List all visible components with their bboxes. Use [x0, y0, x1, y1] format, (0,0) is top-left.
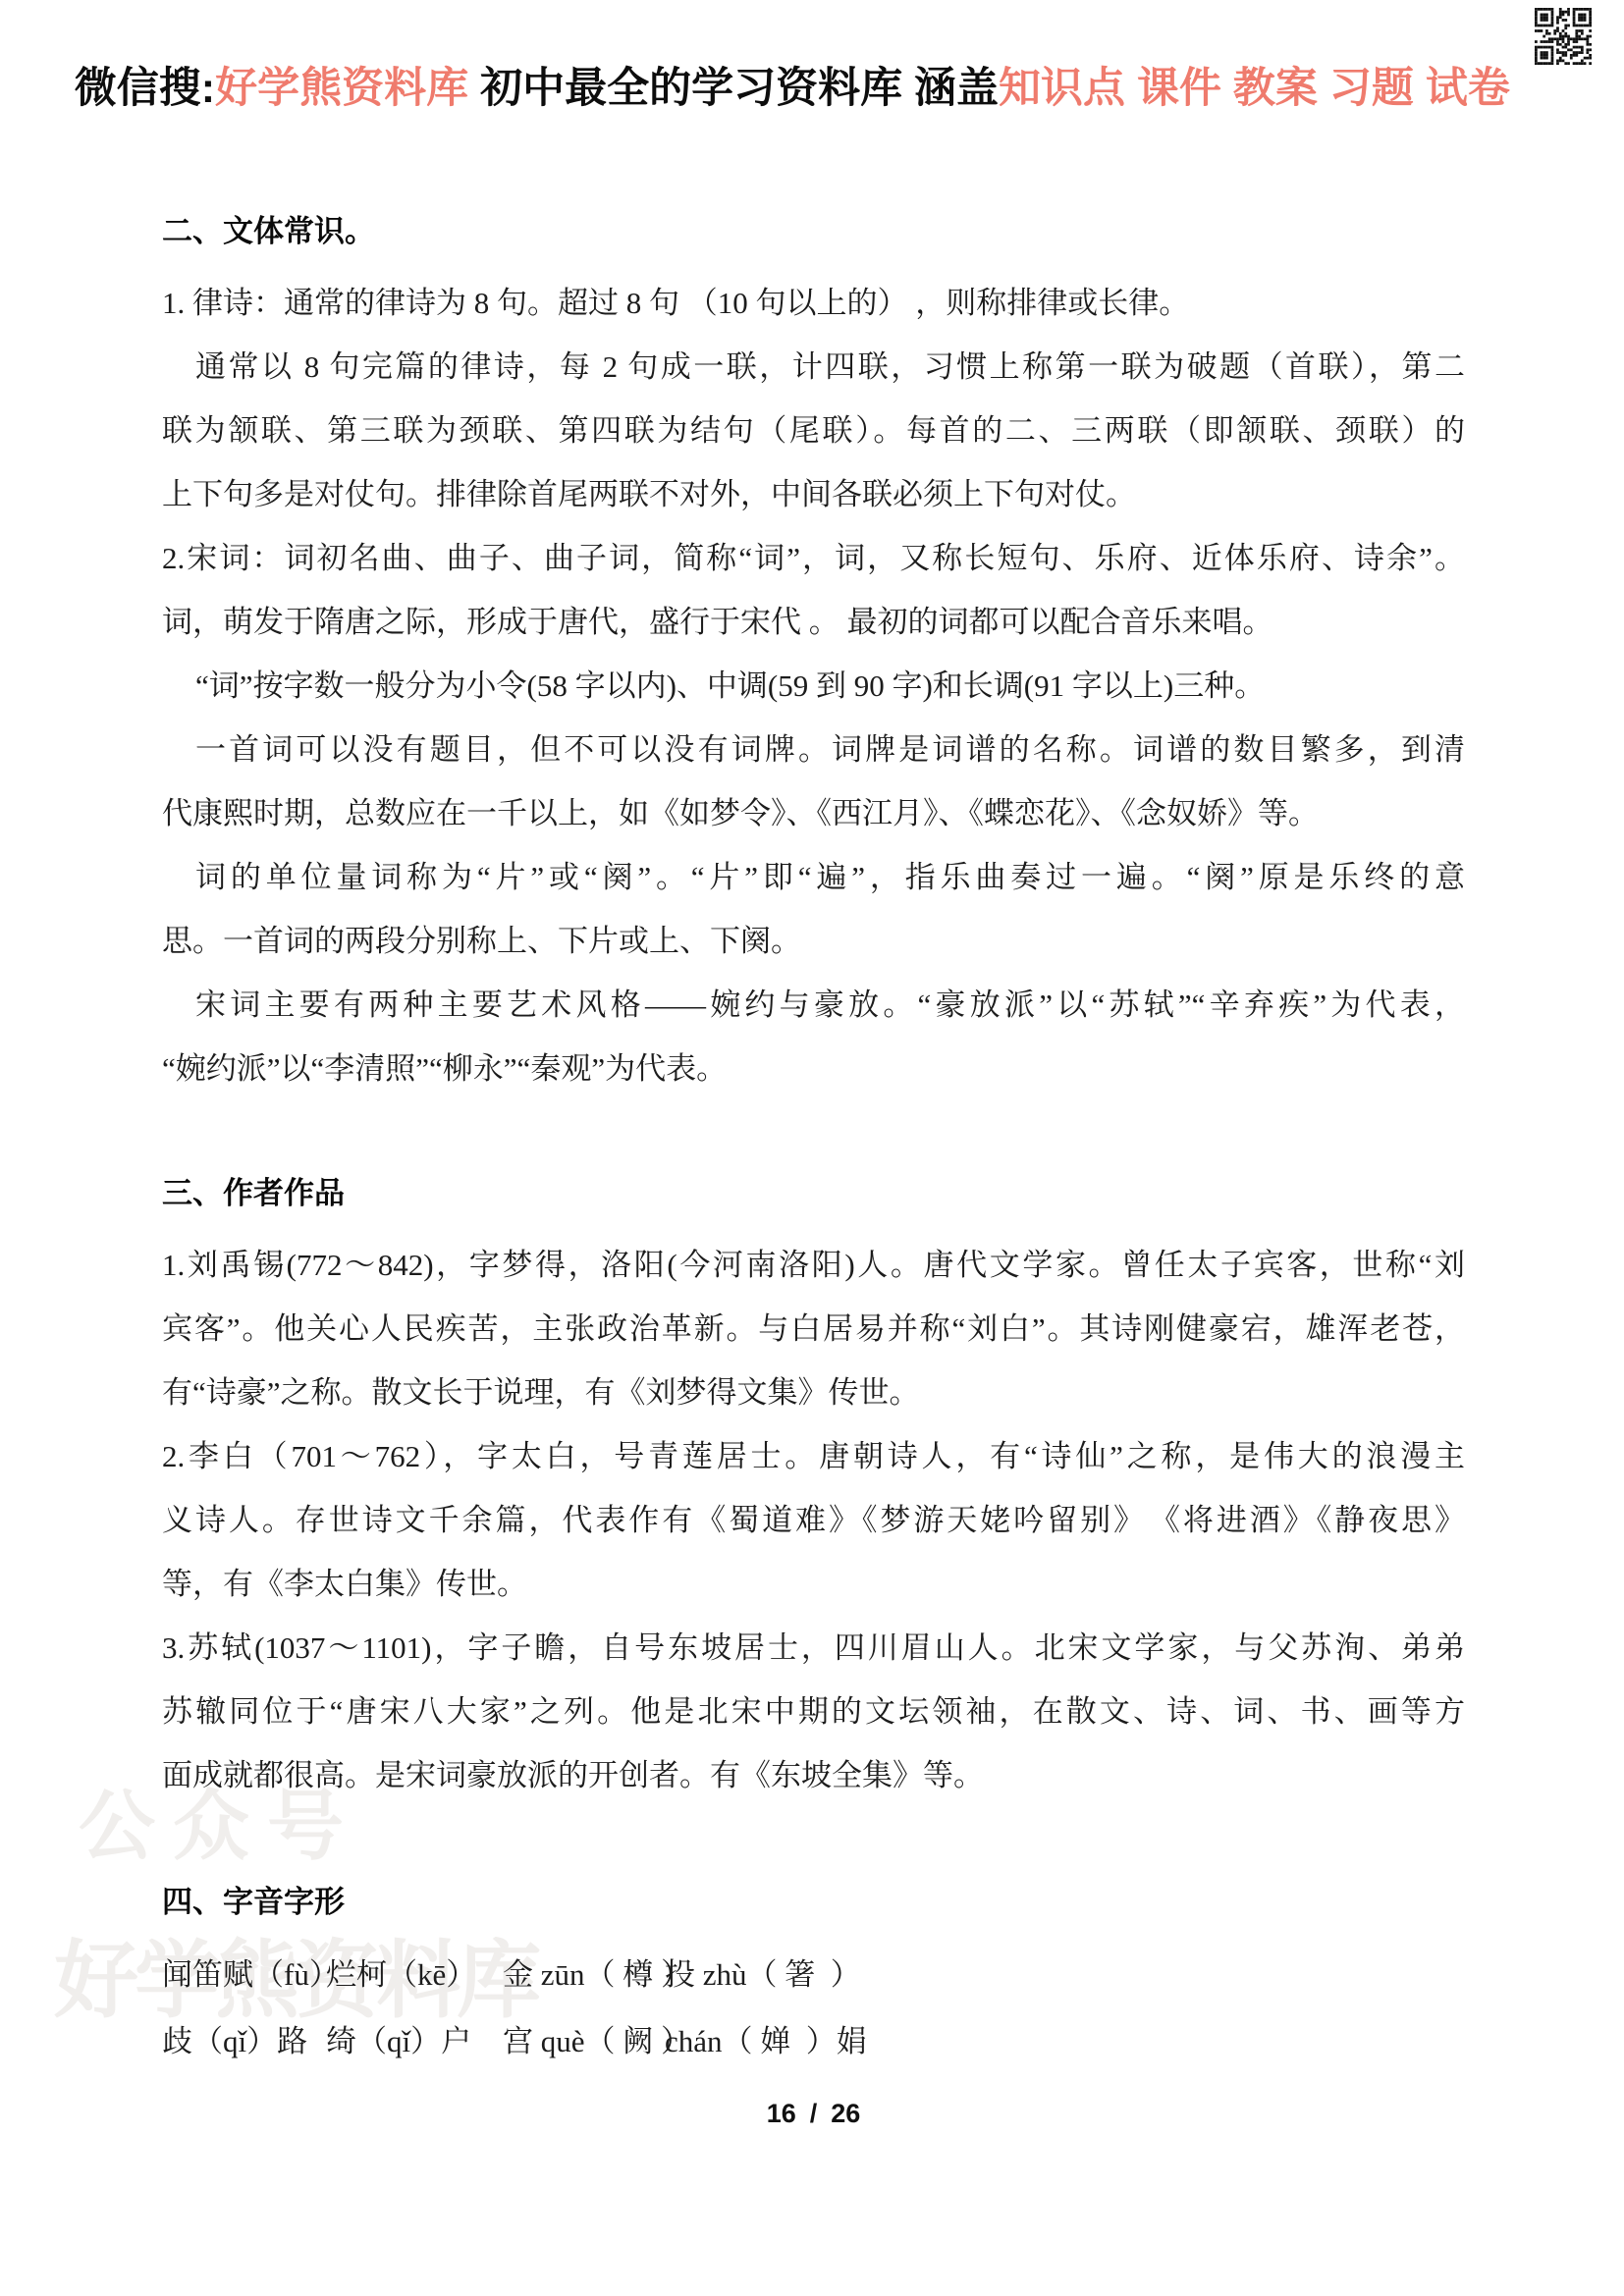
page-separator: / — [810, 2099, 818, 2128]
text-line: 上下句多是对仗句。排律除首尾两联不对外，中间各联必须上下句对仗。 — [162, 462, 1465, 526]
document-page: 微信搜:好学熊资料库 初中最全的学习资料库 涵盖知识点 课件 教案 习题 试卷 … — [0, 0, 1624, 2296]
pronunciation-item: chán（ 婵 ）娟 — [665, 2008, 1465, 2075]
pronunciation-item: 歧（qǐ）路 — [162, 2008, 326, 2075]
text-line: 苏辙同位于“唐宋八大家”之列。他是北宋中期的文坛领袖，在散文、诗、词、书、画等方 — [162, 1680, 1465, 1743]
pronunciation-item: 烂柯（kē） — [326, 1942, 503, 2008]
text-line: 词，萌发于隋唐之际，形成于唐代，盛行于宋代 。 最初的词都可以配合音乐来唱。 — [162, 590, 1465, 654]
text-line: 1. 律诗：通常的律诗为 8 句。超过 8 句 （10 句以上的） ，则称排律或… — [162, 271, 1465, 335]
pronunciation-row: 闻笛赋（fù）烂柯（kē）金 zūn（ 樽 ）投 zhù（ 箸 ） — [162, 1942, 1465, 2008]
text-line: 代康熙时期，总数应在一千以上，如《如梦令》、《西江月》、《蝶恋花》、《念奴娇》等… — [162, 781, 1465, 845]
section-pronunciation: 四、字音字形闻笛赋（fù）烂柯（kē）金 zūn（ 樽 ）投 zhù（ 箸 ）歧… — [162, 1870, 1465, 2075]
text-line: 3.苏轼(1037～1101)，字子瞻，自号东坡居士，四川眉山人。北宋文学家，与… — [162, 1616, 1465, 1680]
page-total: 26 — [831, 2099, 860, 2128]
banner-brand: 好学熊资料库 — [215, 65, 468, 112]
text-line: 2.宋词：词初名曲、曲子、曲子词，简称“词”，词，又称长短句、乐府、近体乐府、诗… — [162, 526, 1465, 590]
text-line: “婉约派”以“李清照”“柳永”“秦观”为代表。 — [162, 1037, 1465, 1100]
text-line: 有“诗豪”之称。散文长于说理，有《刘梦得文集》传世。 — [162, 1361, 1465, 1424]
text-line: 面成就都很高。是宋词豪放派的开创者。有《东坡全集》等。 — [162, 1743, 1465, 1807]
text-line: 联为颔联、第三联为颈联、第四联为结句（尾联）。每首的二、三两联（即颔联、颈联）的 — [162, 399, 1465, 462]
section-literary-knowledge: 二、文体常识。1. 律诗：通常的律诗为 8 句。超过 8 句 （10 句以上的）… — [162, 199, 1465, 1100]
text-line: 义诗人。存世诗文千余篇，代表作有《蜀道难》《梦游天姥吟留别》 《将进酒》《静夜思… — [162, 1488, 1465, 1552]
pronunciation-item: 金 zūn（ 樽 ） — [503, 1942, 665, 2008]
banner-prefix: 微信搜: — [75, 65, 215, 112]
promo-banner: 微信搜:好学熊资料库 初中最全的学习资料库 涵盖知识点 课件 教案 习题 试卷 — [27, 6, 1510, 171]
text-line: 2.李白（701～762），字太白，号青莲居士。唐朝诗人，有“诗仙”之称，是伟大… — [162, 1424, 1465, 1488]
banner-middle: 初中最全的学习资料库 涵盖 — [468, 65, 999, 112]
section-heading: 二、文体常识。 — [162, 199, 1465, 263]
text-line: 宋词主要有两种主要艺术风格——婉约与豪放。“豪放派”以“苏轼”“辛弃疾”为代表， — [162, 973, 1465, 1037]
pronunciation-row: 歧（qǐ）路绮（qǐ）户宫 què（ 阙 ）chán（ 婵 ）娟 — [162, 2008, 1465, 2075]
text-line: 思。一首词的两段分别称上、下片或上、下阕。 — [162, 909, 1465, 973]
text-line: 一首词可以没有题目，但不可以没有词牌。词牌是词谱的名称。词谱的数目繁多，到清 — [162, 718, 1465, 781]
pronunciation-item: 投 zhù（ 箸 ） — [665, 1942, 1465, 2008]
page-number: 16/26 — [162, 2099, 1465, 2129]
section-authors-works: 三、作者作品1.刘禹锡(772～842)，字梦得，洛阳(今河南洛阳)人。唐代文学… — [162, 1161, 1465, 1807]
text-line: 通常以 8 句完篇的律诗，每 2 句成一联，计四联，习惯上称第一联为破题（首联）… — [162, 335, 1465, 399]
page-current: 16 — [767, 2099, 796, 2128]
pronunciation-item: 宫 què（ 阙 ） — [503, 2008, 665, 2075]
qr-code-icon — [1535, 8, 1592, 65]
section-heading: 四、字音字形 — [162, 1870, 1465, 1934]
pronunciation-item: 绮（qǐ）户 — [326, 2008, 503, 2075]
section-heading: 三、作者作品 — [162, 1161, 1465, 1225]
text-line: 词的单位量词称为“片”或“阕”。“片”即“遍”，指乐曲奏过一遍。“阕”原是乐终的… — [162, 845, 1465, 909]
pronunciation-item: 闻笛赋（fù） — [162, 1942, 326, 2008]
banner-highlights: 知识点 课件 教案 习题 试卷 — [999, 65, 1510, 112]
text-line: “词”按字数一般分为小令(58 字以内)、中调(59 到 90 字)和长调(91… — [162, 654, 1465, 718]
text-line: 等，有《李太白集》传世。 — [162, 1552, 1465, 1616]
text-line: 1.刘禹锡(772～842)，字梦得，洛阳(今河南洛阳)人。唐代文学家。曾任太子… — [162, 1233, 1465, 1297]
text-line: 宾客”。他关心人民疾苦，主张政治革新。与白居易并称“刘白”。其诗刚健豪宕，雄浑老… — [162, 1297, 1465, 1361]
